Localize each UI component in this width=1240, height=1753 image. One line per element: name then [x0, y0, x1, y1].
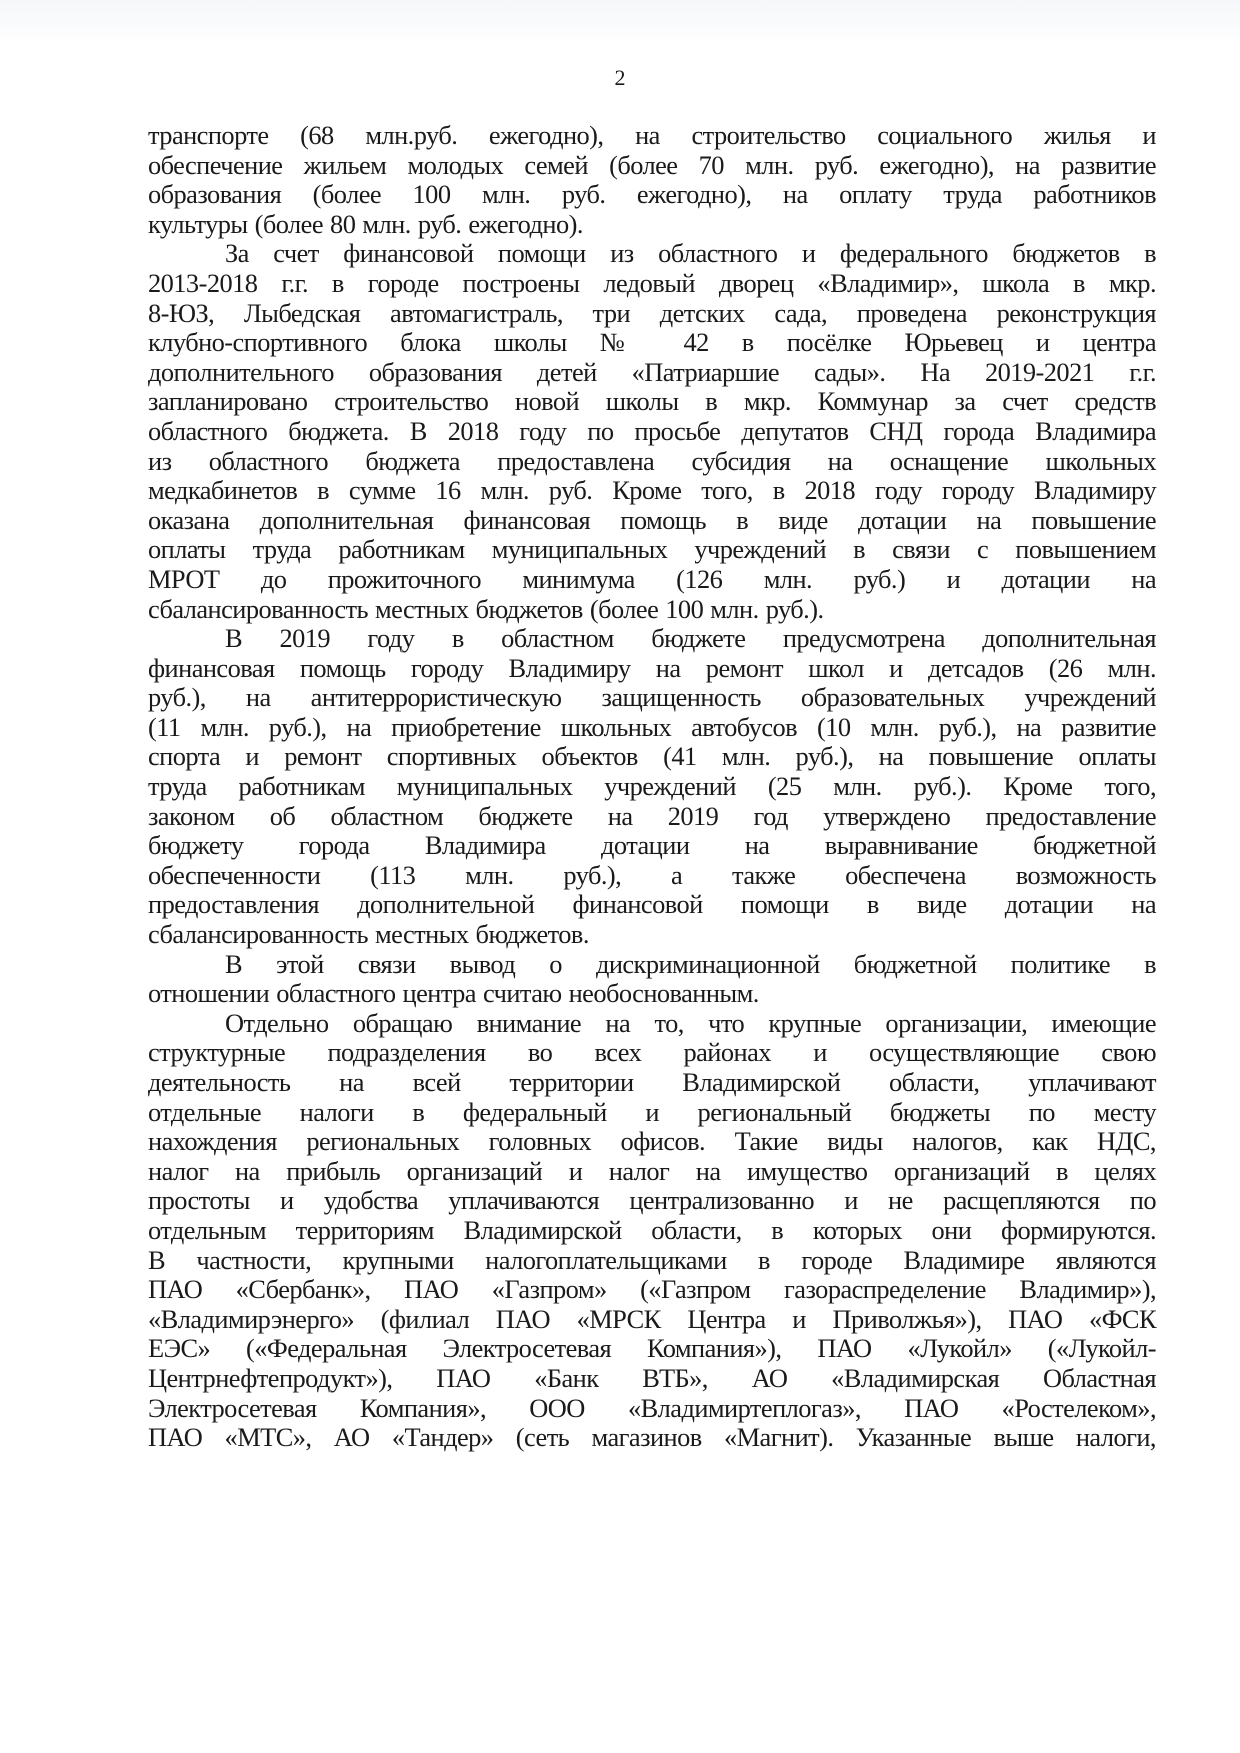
text-line: За счет финансовой помощи из областного …	[148, 239, 1156, 269]
text-line: простоты и удобства уплачиваются централ…	[148, 1186, 1156, 1216]
text-line: дополнительного образования детей «Патри…	[148, 358, 1156, 388]
text-line: структурные подразделения во всех района…	[148, 1038, 1156, 1068]
paragraph-2: В 2019 году в областном бюджете предусмо…	[148, 624, 1156, 950]
text-line: финансовая помощь городу Владимиру на ре…	[148, 654, 1156, 684]
text-line: клубно-спортивного блока школы № 42 в по…	[148, 328, 1156, 358]
text-line: бюджету города Владимира дотации на выра…	[148, 831, 1156, 861]
text-line: ПАО «МТС», АО «Тандер» (сеть магазинов «…	[148, 1423, 1156, 1453]
text-line: «Владимирэнерго» (филиал ПАО «МРСК Центр…	[148, 1305, 1156, 1335]
text-line: обеспечение жильем молодых семей (более …	[148, 151, 1156, 181]
document-body: транспорте (68 млн.руб. ежегодно), на ст…	[148, 121, 1156, 1453]
text-line: культуры (более 80 млн. руб. ежегодно).	[148, 210, 1156, 240]
text-line: спорта и ремонт спортивных объектов (41 …	[148, 742, 1156, 772]
paragraph-3: В этой связи вывод о дискриминационной б…	[148, 950, 1156, 1009]
text-line: медкабинетов в сумме 16 млн. руб. Кроме …	[148, 476, 1156, 506]
text-line: В частности, крупными налогоплательщикам…	[148, 1246, 1156, 1276]
text-line: Отдельно обращаю внимание на то, что кру…	[148, 1009, 1156, 1039]
text-line: (11 млн. руб.), на приобретение школьных…	[148, 713, 1156, 743]
text-line: ПАО «Сбербанк», ПАО «Газпром» («Газпром …	[148, 1275, 1156, 1305]
text-line: нахождения региональных головных офисов.…	[148, 1127, 1156, 1157]
text-line: сбалансированность местных бюджетов (бол…	[148, 595, 1156, 625]
text-line: законом об областном бюджете на 2019 год…	[148, 802, 1156, 832]
text-line: сбалансированность местных бюджетов.	[148, 920, 1156, 950]
paragraph-1: За счет финансовой помощи из областного …	[148, 239, 1156, 624]
text-line: предоставления дополнительной финансовой…	[148, 890, 1156, 920]
text-line: 8-ЮЗ, Лыбедская автомагистраль, три детс…	[148, 299, 1156, 329]
text-line: Центрнефтепродукт»), ПАО «Банк ВТБ», АО …	[148, 1364, 1156, 1394]
scan-artifact	[0, 0, 1240, 44]
text-line: труда работникам муниципальных учреждени…	[148, 772, 1156, 802]
text-line: отдельным территориям Владимирской облас…	[148, 1216, 1156, 1246]
page-number: 2	[0, 64, 1240, 92]
text-line: налог на прибыль организаций и налог на …	[148, 1157, 1156, 1187]
text-line: оплаты труда работникам муниципальных уч…	[148, 535, 1156, 565]
text-line: руб.), на антитеррористическую защищенно…	[148, 683, 1156, 713]
text-line: В 2019 году в областном бюджете предусмо…	[148, 624, 1156, 654]
text-line: областного бюджета. В 2018 году по прось…	[148, 417, 1156, 447]
text-line: деятельность на всей территории Владимир…	[148, 1068, 1156, 1098]
paragraph-4: Отдельно обращаю внимание на то, что кру…	[148, 1009, 1156, 1453]
text-line: оказана дополнительная финансовая помощь…	[148, 506, 1156, 536]
paragraph-0: транспорте (68 млн.руб. ежегодно), на ст…	[148, 121, 1156, 239]
text-line: транспорте (68 млн.руб. ежегодно), на ст…	[148, 121, 1156, 151]
text-line: отдельные налоги в федеральный и региона…	[148, 1098, 1156, 1128]
text-line: из областного бюджета предоставлена субс…	[148, 447, 1156, 477]
text-line: 2013-2018 г.г. в городе построены ледовы…	[148, 269, 1156, 299]
text-line: МРОТ до прожиточного минимума (126 млн. …	[148, 565, 1156, 595]
text-line: запланировано строительство новой школы …	[148, 387, 1156, 417]
text-line: образования (более 100 млн. руб. ежегодн…	[148, 180, 1156, 210]
text-line: В этой связи вывод о дискриминационной б…	[148, 950, 1156, 980]
text-line: обеспеченности (113 млн. руб.), а также …	[148, 861, 1156, 891]
text-line: Электросетевая Компания», ООО «Владимирт…	[148, 1394, 1156, 1424]
text-line: отношении областного центра считаю необо…	[148, 979, 1156, 1009]
text-line: ЕЭС» («Федеральная Электросетевая Компан…	[148, 1334, 1156, 1364]
